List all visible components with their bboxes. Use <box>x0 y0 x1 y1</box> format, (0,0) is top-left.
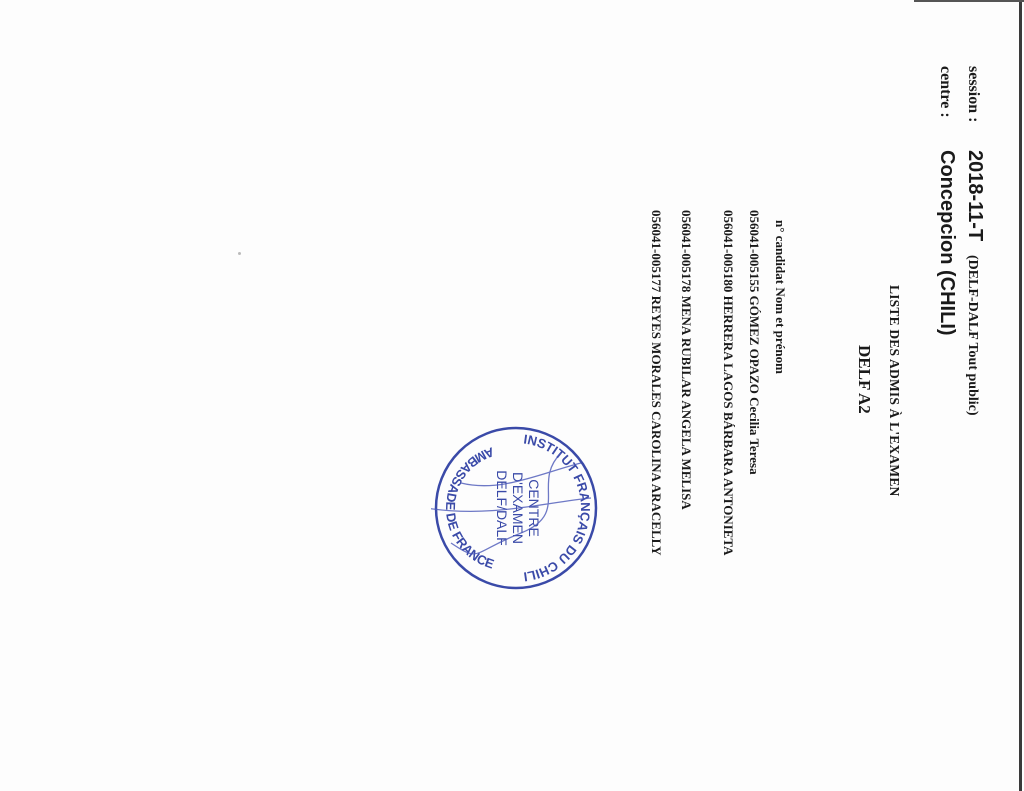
scan-speck <box>238 252 241 255</box>
candidate-row: 056041-005177 REYES MORALES CAROLINA ARA… <box>648 210 664 556</box>
candidate-row: 056041-005155 GÓMEZ OPAZO Cecilia Teresa <box>746 210 762 475</box>
candidate-row: 056041-005178 MENA RUBILAR ANGELA MELISA <box>678 210 694 510</box>
document-subtitle: DELF A2 <box>854 345 874 414</box>
official-stamp: INSTITUT FRANÇAIS DU CHILI AMBASSADE DE … <box>431 423 601 593</box>
stamp-line-3: DELF/DALF <box>494 470 510 545</box>
document-title: LISTE DES ADMIS À L'EXAMEN <box>886 285 902 497</box>
centre-label: centre : <box>936 66 954 118</box>
session-description: (DELF-DALF Tout public) <box>964 255 980 416</box>
centre-value: Concepcion (CHILI) <box>935 150 958 336</box>
document-page: session : 2018-11-T (DELF-DALF Tout publ… <box>0 0 1024 791</box>
candidate-row: 056041-005180 HERRERA LAGOS BÁRBARA ANTO… <box>720 210 736 556</box>
stamp-line-1: CENTRE <box>526 479 542 537</box>
column-header: n° candidat Nom et prénom <box>772 220 788 374</box>
session-value: 2018-11-T <box>963 150 986 241</box>
session-label: session : <box>964 66 982 122</box>
